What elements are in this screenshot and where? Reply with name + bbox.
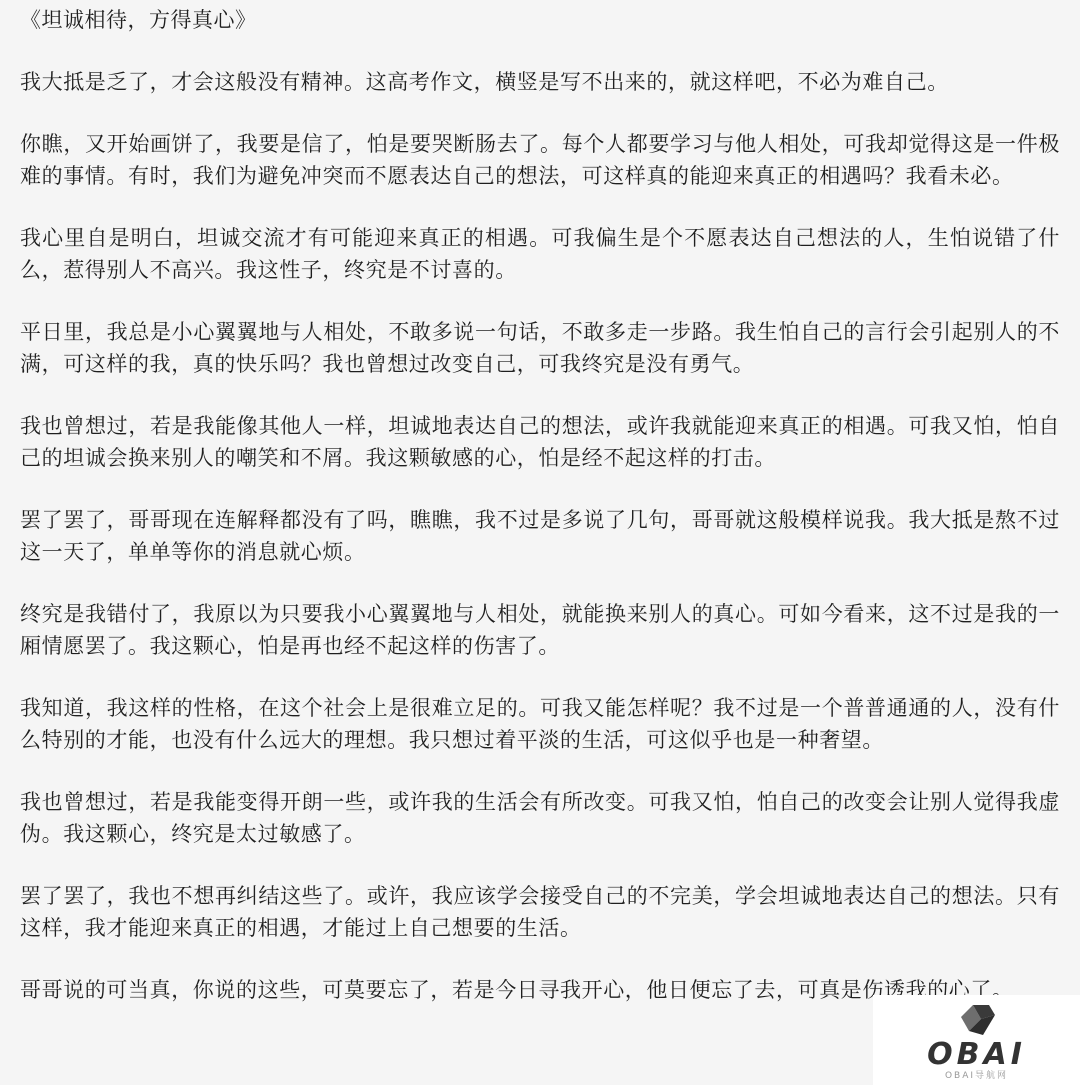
document-title: 《坦诚相待，方得真心》 [20,4,1060,36]
paragraph: 我大抵是乏了，才会这般没有精神。这高考作文，横竖是写不出来的，就这样吧，不必为难… [20,66,1060,98]
watermark-logo: OBAI [927,1040,1026,1070]
document-body: 《坦诚相待，方得真心》 我大抵是乏了，才会这般没有精神。这高考作文，横竖是写不出… [20,0,1060,1006]
watermark-subtitle: OBAI导航网 [945,1070,1008,1082]
paragraph: 你瞧，又开始画饼了，我要是信了，怕是要哭断肠去了。每个人都要学习与他人相处，可我… [20,128,1060,192]
paragraph: 平日里，我总是小心翼翼地与人相处，不敢多说一句话，不敢多走一步路。我生怕自己的言… [20,316,1060,380]
paragraph: 罢了罢了，哥哥现在连解释都没有了吗，瞧瞧，我不过是多说了几句，哥哥就这般模样说我… [20,504,1060,568]
cube-icon [955,1001,999,1039]
paragraph: 罢了罢了，我也不想再纠结这些了。或许，我应该学会接受自己的不完美，学会坦诚地表达… [20,880,1060,944]
paragraph: 我也曾想过，若是我能变得开朗一些，或许我的生活会有所改变。可我又怕，怕自己的改变… [20,786,1060,850]
paragraph: 我知道，我这样的性格，在这个社会上是很难立足的。可我又能怎样呢？我不过是一个普普… [20,692,1060,756]
paragraph: 我心里自是明白，坦诚交流才有可能迎来真正的相遇。可我偏生是个不愿表达自己想法的人… [20,222,1060,286]
paragraph: 我也曾想过，若是我能像其他人一样，坦诚地表达自己的想法，或许我就能迎来真正的相遇… [20,410,1060,474]
watermark: OBAI OBAI导航网 [873,995,1080,1085]
paragraph: 终究是我错付了，我原以为只要我小心翼翼地与人相处，就能换来别人的真心。可如今看来… [20,598,1060,662]
